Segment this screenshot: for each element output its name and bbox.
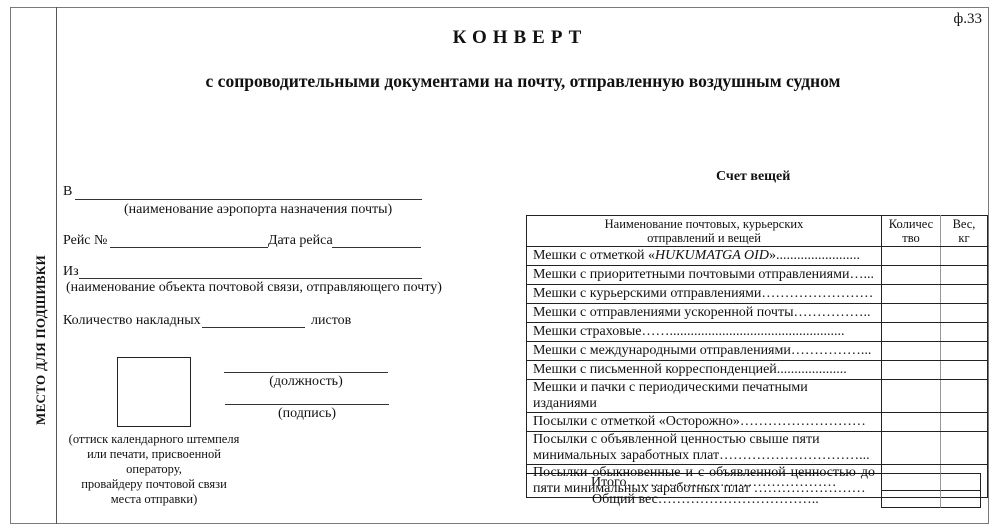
row-qty-cell[interactable] (882, 361, 941, 380)
header-qty: Количество (882, 216, 941, 247)
row-weight-cell[interactable] (941, 304, 988, 323)
row-name: Мешки с отправлениями ускоренной почты……… (527, 304, 882, 323)
stamp-caption-line: провайдеру почтовой связи (60, 477, 248, 492)
row-name: Мешки страховые…….......................… (527, 323, 882, 342)
table-header-row: Наименование почтовых, курьерскихотправл… (527, 216, 988, 247)
row-qty-cell[interactable] (882, 285, 941, 304)
row-qty-cell[interactable] (882, 304, 941, 323)
stamp-box (117, 357, 191, 427)
row-name: Мешки с международными отправлениями…………… (527, 342, 882, 361)
flight-date-field[interactable] (332, 247, 421, 248)
row-qty-cell[interactable] (882, 432, 941, 465)
table-row: Посылки с отметкой «Осторожно»……………………… (527, 413, 988, 432)
page-subtitle: с сопроводительными документами на почту… (0, 71, 998, 92)
waybills-label: Количество накладных (63, 313, 201, 329)
waybills-unit: листов (311, 313, 351, 329)
row-weight-cell[interactable] (941, 266, 988, 285)
row-weight-cell[interactable] (941, 361, 988, 380)
row-name: Посылки с отметкой «Осторожно»……………………… (527, 413, 882, 432)
from-office-field[interactable] (79, 278, 422, 279)
total-weight-label: Общий вес…………………………….. (592, 492, 819, 508)
row-name: Посылки с объявленной ценностью свыше пя… (527, 432, 882, 465)
table-bottom-rule (526, 473, 940, 474)
table-row: Мешки с отметкой «HUKUMATGA OID»........… (527, 247, 988, 266)
row-qty-cell[interactable] (882, 413, 941, 432)
row-qty-cell[interactable] (882, 247, 941, 266)
total-weight-qty-cell[interactable] (881, 490, 941, 508)
table-row: Мешки с приоритетными почтовыми отправле… (527, 266, 988, 285)
flight-label: Рейс № (63, 233, 107, 249)
position-caption: (должность) (224, 374, 388, 390)
row-weight-cell[interactable] (941, 380, 988, 413)
row-weight-cell[interactable] (941, 342, 988, 361)
stamp-caption: (оттиск календарного штемпеля или печати… (60, 432, 248, 507)
signature-field[interactable] (225, 404, 389, 405)
binding-area-label: МЕСТО ДЛЯ ПОДШИВКИ (33, 255, 49, 425)
to-label: В (63, 184, 72, 200)
table-row: Посылки с объявленной ценностью свыше пя… (527, 432, 988, 465)
page-title: КОНВЕРТ (0, 27, 998, 49)
stamp-caption-line: или печати, присвоенной оператору, (60, 447, 248, 477)
row-name: Мешки с письменной корреспонденцией.....… (527, 361, 882, 380)
row-weight-cell[interactable] (941, 247, 988, 266)
total-weight-cell[interactable] (940, 490, 981, 508)
waybills-count-field[interactable] (202, 327, 305, 328)
row-name: Мешки с приоритетными почтовыми отправле… (527, 266, 882, 285)
total-qty-weight-cell[interactable] (940, 473, 981, 491)
row-name: Мешки с курьерскими отправлениями…………………… (527, 285, 882, 304)
table-row: Мешки страховые…….......................… (527, 323, 988, 342)
row-weight-cell[interactable] (941, 432, 988, 465)
signature-caption: (подпись) (225, 406, 389, 422)
items-table-title: Счет вещей (716, 169, 790, 185)
flight-date-label: Дата рейса (268, 233, 333, 249)
table-row: Мешки с письменной корреспонденцией.....… (527, 361, 988, 380)
stamp-caption-line: места отправки) (60, 492, 248, 507)
position-field[interactable] (224, 372, 388, 373)
header-weight: Вес,кг (941, 216, 988, 247)
stamp-caption-line: (оттиск календарного штемпеля (60, 432, 248, 447)
table-row: Мешки и пачки с периодическими печатными… (527, 380, 988, 413)
row-weight-cell[interactable] (941, 413, 988, 432)
to-caption: (наименование аэропорта назначения почты… (124, 202, 392, 218)
total-label: Итого……………………………………… (591, 475, 836, 491)
table-row: Мешки с отправлениями ускоренной почты……… (527, 304, 988, 323)
row-qty-cell[interactable] (882, 380, 941, 413)
items-table: Наименование почтовых, курьерскихотправл… (526, 215, 988, 498)
row-weight-cell[interactable] (941, 323, 988, 342)
header-name: Наименование почтовых, курьерскихотправл… (527, 216, 882, 247)
total-qty-cell[interactable] (881, 473, 941, 491)
row-qty-cell[interactable] (882, 266, 941, 285)
form-number: ф.33 (954, 11, 982, 28)
row-qty-cell[interactable] (882, 342, 941, 361)
row-name: Мешки с отметкой «HUKUMATGA OID»........… (527, 247, 882, 266)
table-row: Мешки с курьерскими отправлениями…………………… (527, 285, 988, 304)
flight-number-field[interactable] (110, 247, 268, 248)
table-row: Мешки с международными отправлениями…………… (527, 342, 988, 361)
row-name: Мешки и пачки с периодическими печатными… (527, 380, 882, 413)
from-label: Из (63, 264, 79, 280)
from-caption: (наименование объекта почтовой связи, от… (66, 280, 442, 296)
row-weight-cell[interactable] (941, 285, 988, 304)
to-airport-field[interactable] (75, 199, 422, 200)
row-qty-cell[interactable] (882, 323, 941, 342)
